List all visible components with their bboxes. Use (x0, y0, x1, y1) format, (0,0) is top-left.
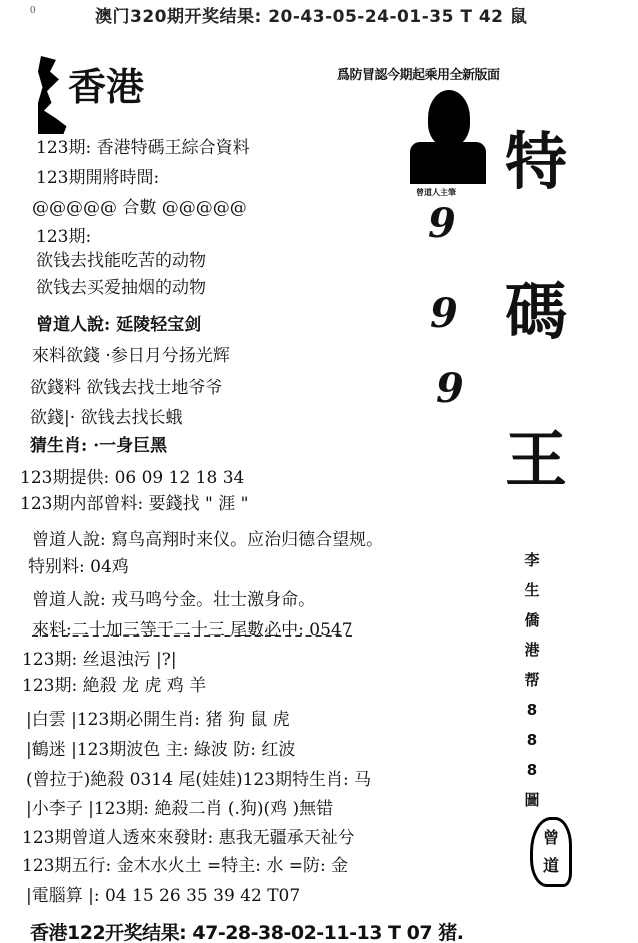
text-line: @@@@@ 合數 @@@@@ (32, 198, 247, 218)
text-line: 欲钱去买爱抽烟的动物 (36, 278, 206, 298)
nine-digit-3: 9 (436, 365, 464, 412)
text-line: 猜生肖: ·一身巨黑 (30, 436, 167, 456)
logo-text: 香港 (68, 56, 144, 111)
text-line: (曾拉于)絶殺 0314 尾(娃娃)123期特生肖: 马 (26, 770, 371, 790)
text-line: 曾道人說: 延陵轻宝剑 (36, 315, 201, 335)
text-line: 123期: 丝退浊污 |?| (22, 650, 177, 670)
text-line: 123期提供: 06 09 12 18 34 (20, 468, 244, 488)
text-line: 欲錢料 欲钱去找士地爷爷 (30, 378, 222, 398)
text-line: 來料:二十加三等于二十三 尾數必中: 0547 (32, 620, 353, 640)
page-marker: 0 (30, 4, 36, 16)
macau-result-header: 澳门320期开奖结果: 20-43-05-24-01-35 T 42 鼠 (95, 2, 527, 27)
text-line: 欲钱去找能吃苦的动物 (36, 251, 206, 271)
text-line: |鶴迷 |123期波色 主: 綠波 防: 红波 (26, 740, 295, 760)
text-line: |小李子 |123期: 絶殺二肖 (.狗)(鸡 )無错 (26, 799, 333, 819)
seal-stamp-icon: 曾道 (530, 817, 572, 887)
text-line: |白雲 |123期必開生肖: 猪 狗 鼠 虎 (26, 710, 290, 730)
text-line: 123期五行: 金木水火土 =特主: 水 =防: 金 (22, 856, 348, 876)
logo-graphic-icon (38, 56, 68, 134)
text-line: 123期開將時間: (36, 168, 159, 188)
text-line: 123期: 香港特碼王綜合資料 (36, 138, 250, 158)
text-line: |電腦算 |: 04 15 26 35 39 42 T07 (26, 886, 300, 906)
vertical-caption: 李生 僑港 帮8 88 圖 (520, 545, 544, 815)
text-line: 123期: 絶殺 龙 虎 鸡 羊 (22, 676, 206, 696)
text-line: 來料欲錢 ·参日月兮扬光辉 (32, 346, 230, 366)
text-line: 123期: (36, 227, 91, 247)
title-char-wang: 王 (505, 410, 567, 499)
text-line: 曾道人說: 寫鸟高翔时来仪。应治归德合望规。 (32, 530, 383, 550)
title-char-te: 特 (505, 112, 567, 201)
slogan: 爲防冒認今期起乘用全新版面 (337, 64, 500, 83)
text-line: 123期曾道人透來來發財: 惠我无疆承天祉兮 (22, 828, 355, 848)
nine-digit-1: 9 (428, 200, 456, 247)
nine-digit-2: 9 (430, 290, 458, 337)
title-char-ma: 碼 (505, 262, 567, 351)
text-line: 特别料: 04鸡 (28, 557, 129, 577)
text-line: 欲錢|· 欲钱去找长蛾 (30, 408, 183, 428)
portrait-caption: 曾道人主筆 (416, 187, 456, 198)
text-line: 123期内部曾料: 要錢找 " 涯 " (20, 494, 248, 514)
text-line: 曾道人說: 戎马鸣兮金。壮士激身命。 (32, 590, 315, 610)
portrait-icon (410, 90, 486, 184)
hongkong-result-footer: 香港122开奖结果: 47-28-38-02-11-13 T 07 猪. (30, 918, 463, 943)
